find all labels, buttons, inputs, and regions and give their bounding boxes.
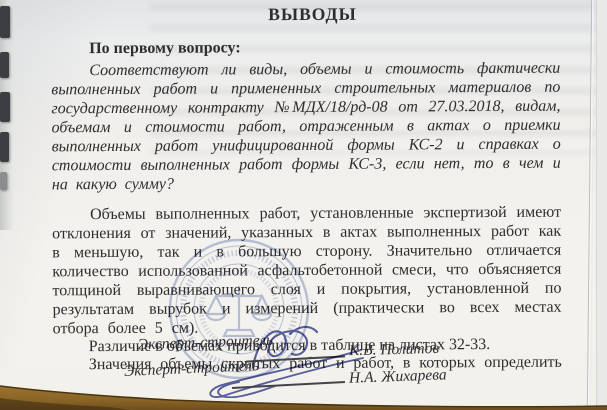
document-title: ВЫВОДЫ (65, 3, 560, 26)
answer-paragraph: Объемы выполненных работ, установленные … (52, 203, 562, 339)
table-surface (0, 380, 607, 410)
section-heading: По первому вопросу: (51, 37, 560, 60)
question-paragraph: Соответствуют ли виды, объемы и стоимост… (51, 59, 561, 195)
document-photo: ВЫВОДЫ По первому вопросу: Соответствуют… (0, 0, 607, 410)
